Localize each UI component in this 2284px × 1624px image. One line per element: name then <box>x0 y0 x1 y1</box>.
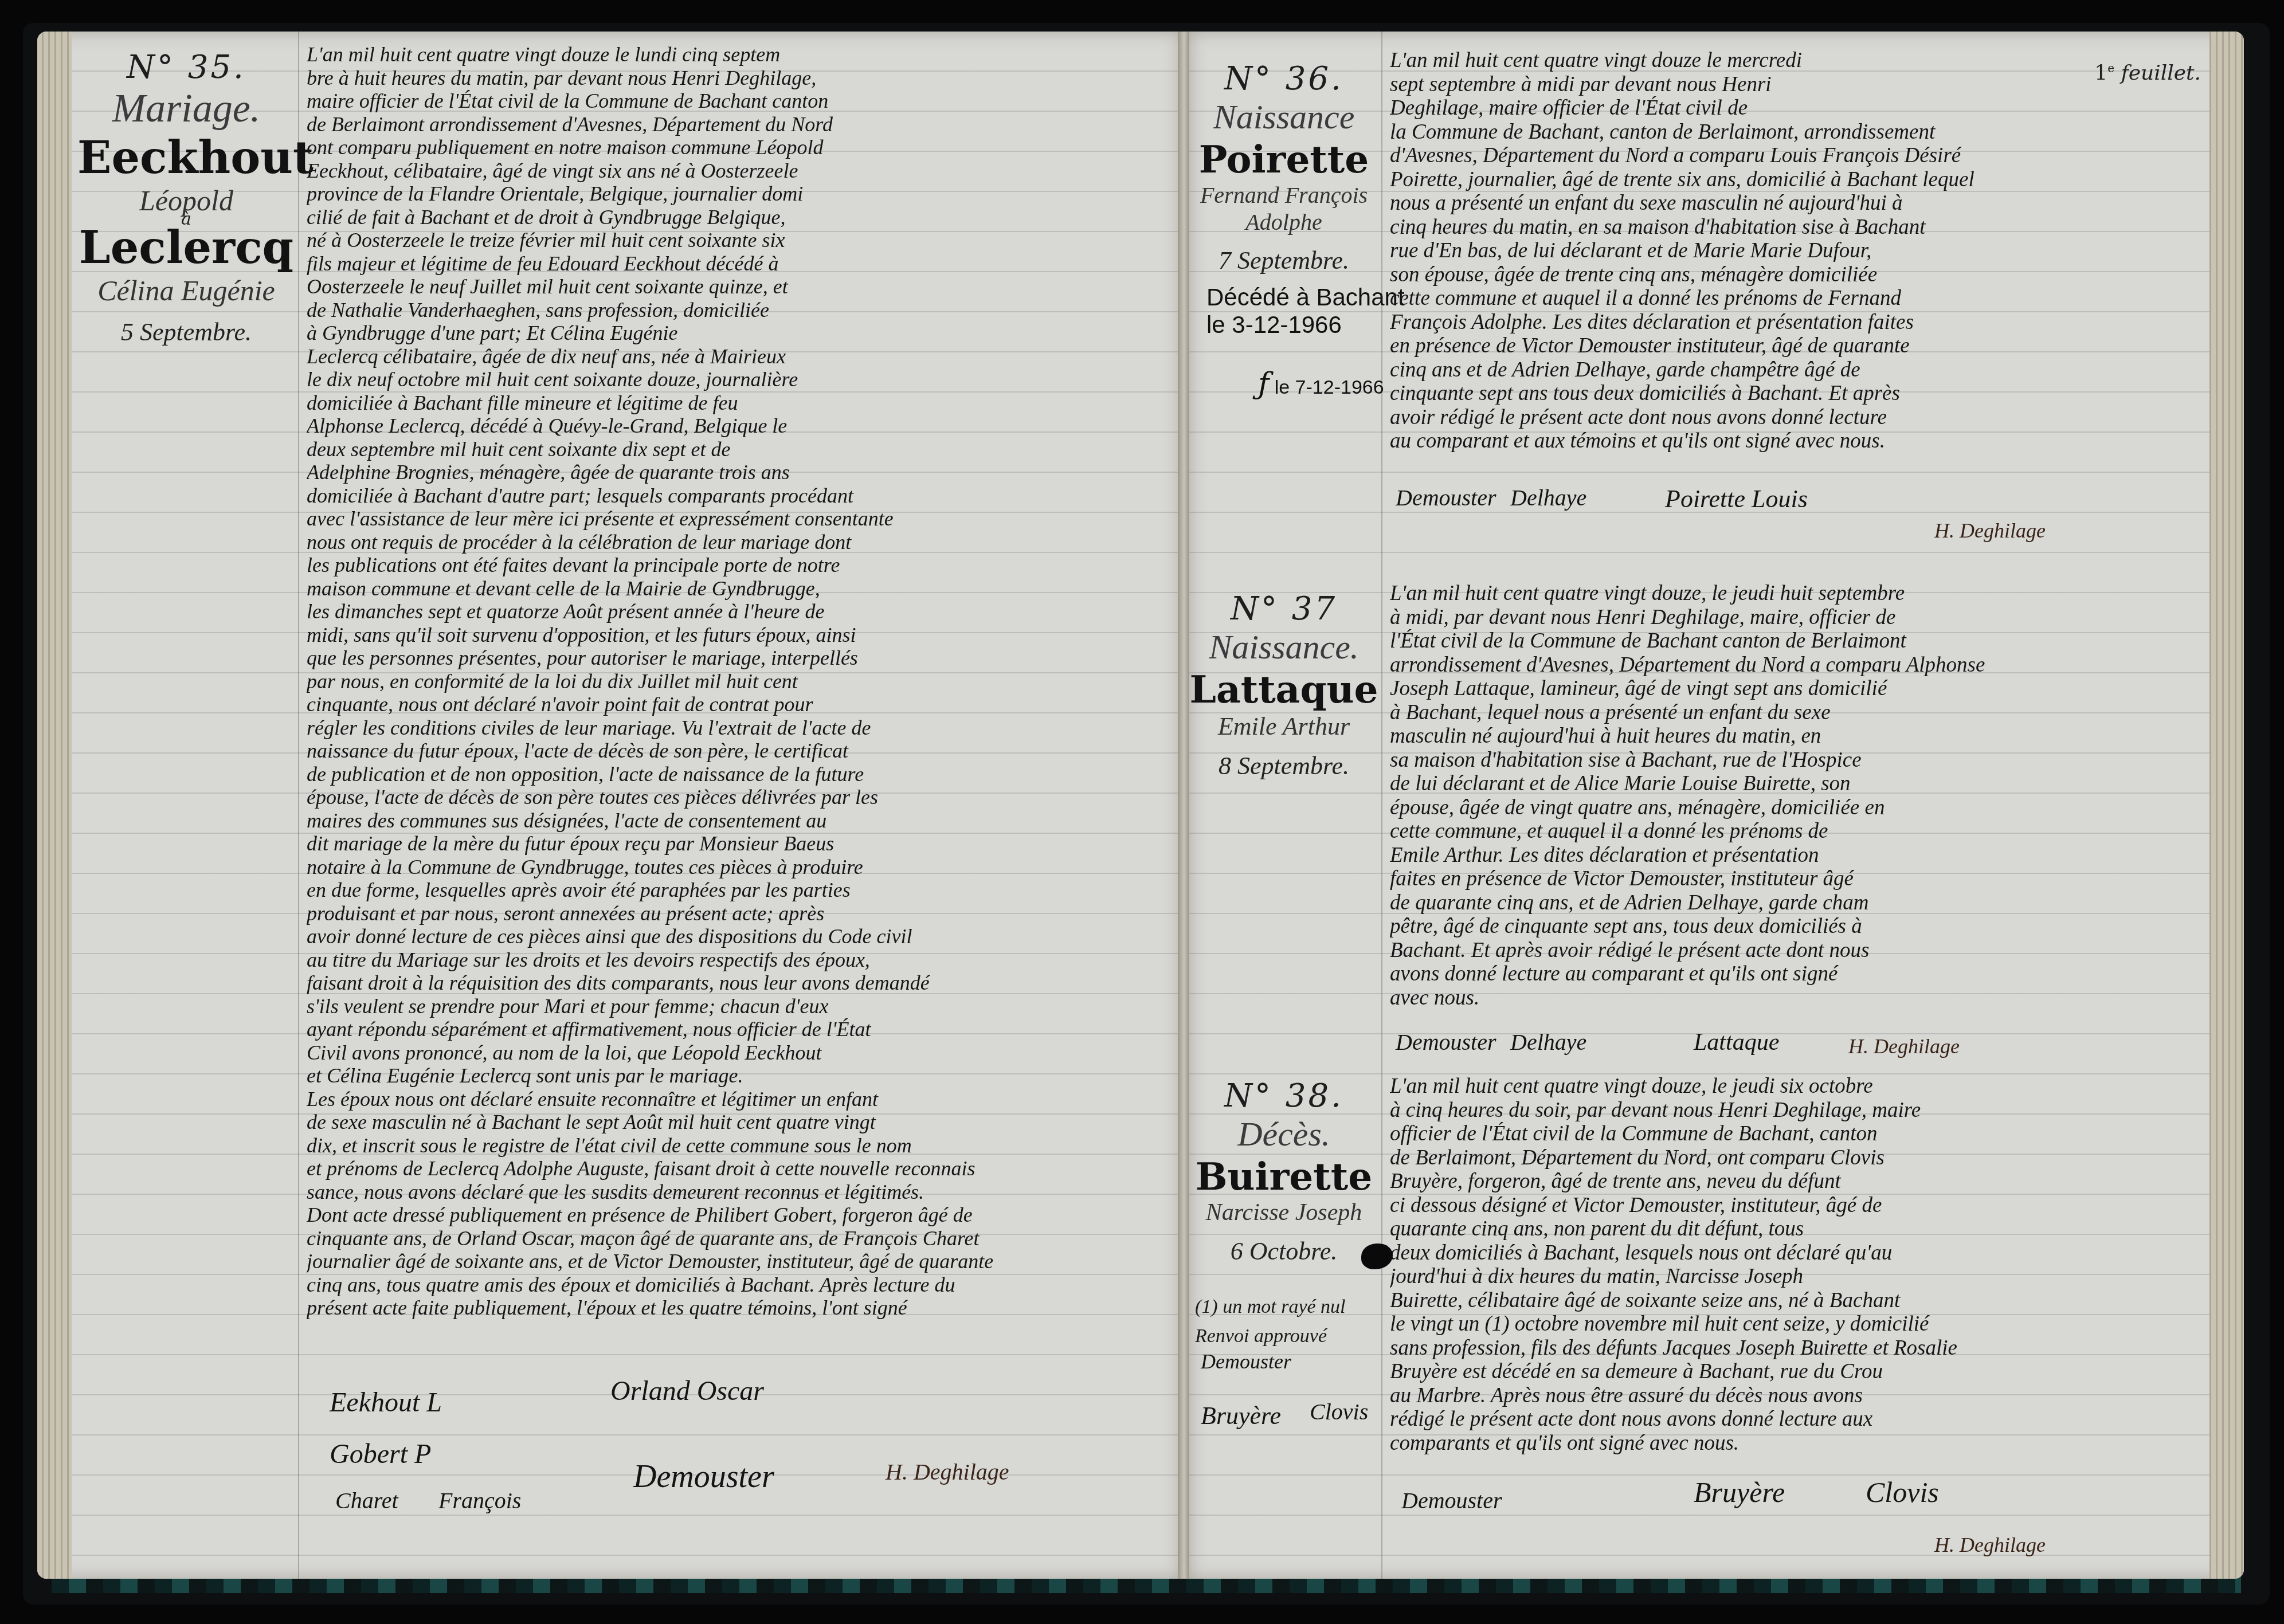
signature: Bruyère <box>1694 1476 1785 1509</box>
signature: Demouster <box>633 1458 774 1495</box>
signature: Eekhout L <box>330 1387 442 1418</box>
signature-mayor: H. Deghilage <box>886 1458 1009 1485</box>
entry-35-signatures: Eekhout L Orland Oscar Gobert P Charet F… <box>37 32 1181 1579</box>
signature: Clovis <box>1866 1476 1939 1509</box>
entry-38-signatures: Demouster Bruyère Clovis H. Deghilage <box>1189 32 2244 1579</box>
signature: Gobert P <box>330 1438 431 1470</box>
signature: Charet <box>335 1487 398 1514</box>
left-page: N° 35. Mariage. Eeckhout Léopold à Lecle… <box>37 32 1181 1579</box>
book-gutter <box>1178 32 1190 1579</box>
signature-mayor: H. Deghilage <box>1934 1533 2046 1557</box>
signature: Orland Oscar <box>610 1375 764 1407</box>
signature: Demouster <box>1401 1487 1502 1514</box>
right-page: 1e feuillet. N° 36. Naissance Poirette F… <box>1189 32 2244 1579</box>
signature: François <box>438 1487 521 1514</box>
